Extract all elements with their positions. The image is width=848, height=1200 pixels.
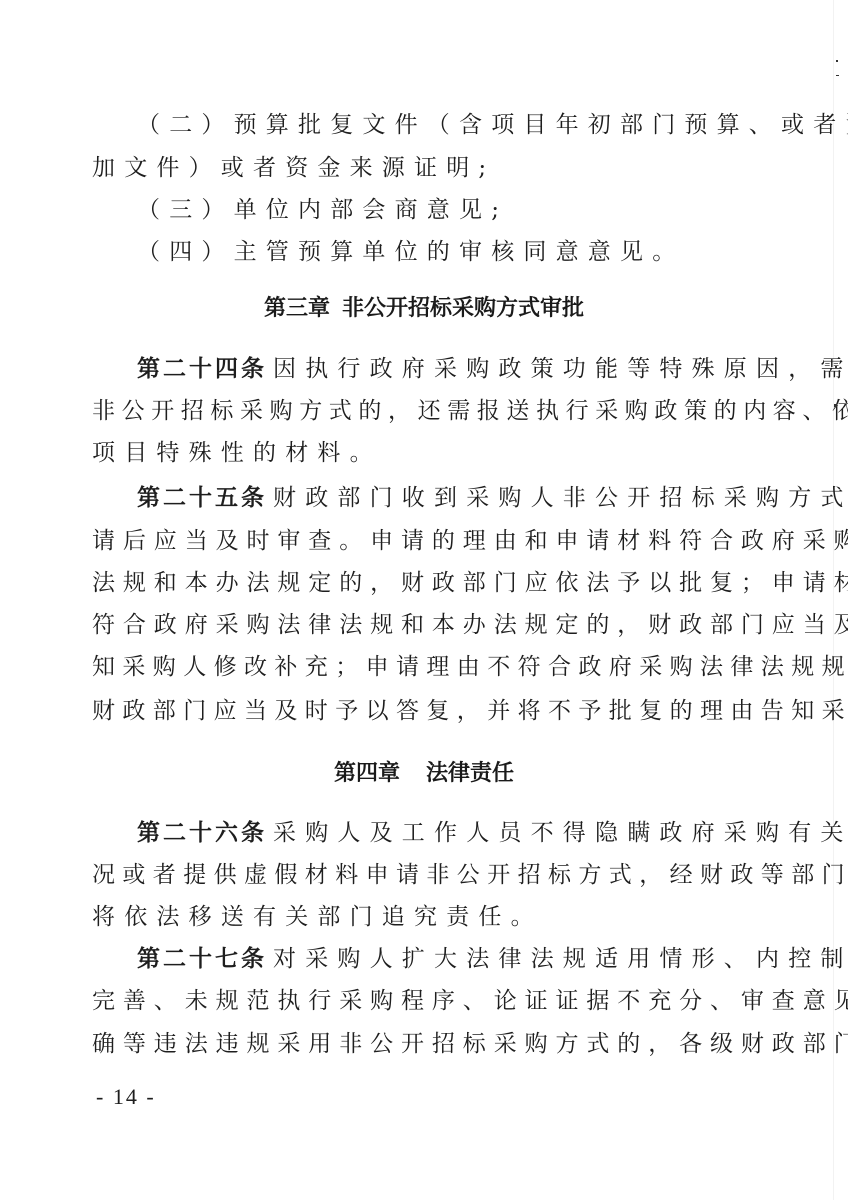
list-item-4: （四）主管预算单位的审核同意意见。 <box>137 235 717 269</box>
article-24-label: 第二十四条 <box>137 356 267 382</box>
page-number: - 14 - <box>96 1082 156 1112</box>
article-26-line-2: 况或者提供虚假材料申请非公开招标方式，经财政等部门发现， <box>92 858 712 892</box>
scan-dot <box>836 75 839 76</box>
article-25-line-1: 第二十五条财政部门收到采购人非公开招标采购方式申 <box>137 481 717 515</box>
scan-dot <box>834 404 837 407</box>
article-24-line-3: 项目特殊性的材料。 <box>92 436 712 470</box>
article-27-label: 第二十七条 <box>137 946 267 972</box>
list-item-2-line-2: 加文件）或者资金来源证明; <box>92 151 712 185</box>
article-25-line-3: 法规和本办法规定的，财政部门应依法予以批复；申请材料不 <box>92 566 712 600</box>
page-edge <box>833 0 834 1200</box>
chapter-4-heading: 第四章法律责任 <box>0 757 848 791</box>
chapter-3-number: 第三章 <box>264 296 330 321</box>
article-25-text-1: 财政部门收到采购人非公开招标采购方式申 <box>273 485 848 511</box>
article-24-text-1: 因执行政府采购政策功能等特殊原因，需采用 <box>273 356 848 382</box>
article-24-line-1: 第二十四条因执行政府采购政策功能等特殊原因，需采用 <box>137 352 717 386</box>
article-25-line-6: 财政部门应当及时予以答复，并将不予批复的理由告知采购人。 <box>92 694 712 728</box>
article-27-text-1: 对采购人扩大法律法规适用情形、内控制度不 <box>273 946 848 972</box>
article-24-line-2: 非公开招标采购方式的，还需报送执行采购政策的内容、依据、 <box>92 394 712 428</box>
article-26-line-1: 第二十六条采购人及工作人员不得隐瞒政府采购有关情 <box>137 816 717 850</box>
article-26-line-3: 将依法移送有关部门追究责任。 <box>92 900 712 934</box>
chapter-4-title: 法律责任 <box>426 761 514 786</box>
chapter-3-heading: 第三章非公开招标采购方式审批 <box>0 292 848 326</box>
article-25-line-5: 知采购人修改补充；申请理由不符合政府采购法律法规规定的， <box>92 650 712 684</box>
chapter-3-title: 非公开招标采购方式审批 <box>342 296 584 321</box>
article-25-line-2: 请后应当及时审查。申请的理由和申请材料符合政府采购法律 <box>92 524 712 558</box>
article-27-line-1: 第二十七条对采购人扩大法律法规适用情形、内控制度不 <box>137 942 717 976</box>
article-27-line-2: 完善、未规范执行采购程序、论证证据不充分、审查意见不明 <box>92 984 712 1018</box>
list-item-2-line-1: （二）预算批复文件（含项目年初部门预算、或者资金追 <box>137 108 717 142</box>
article-26-text-1: 采购人及工作人员不得隐瞒政府采购有关情 <box>273 820 848 846</box>
article-27-line-3: 确等违法违规采用非公开招标采购方式的，各级财政部门应依 <box>92 1027 712 1061</box>
chapter-4-number: 第四章 <box>334 761 400 786</box>
article-25-line-4: 符合政府采购法律法规和本办法规定的，财政部门应当及时通 <box>92 608 712 642</box>
article-25-label: 第二十五条 <box>137 485 267 511</box>
article-26-label: 第二十六条 <box>137 820 267 846</box>
scan-dot <box>836 60 838 62</box>
scan-dot <box>835 366 837 368</box>
list-item-3: （三）单位内部会商意见; <box>137 193 717 227</box>
